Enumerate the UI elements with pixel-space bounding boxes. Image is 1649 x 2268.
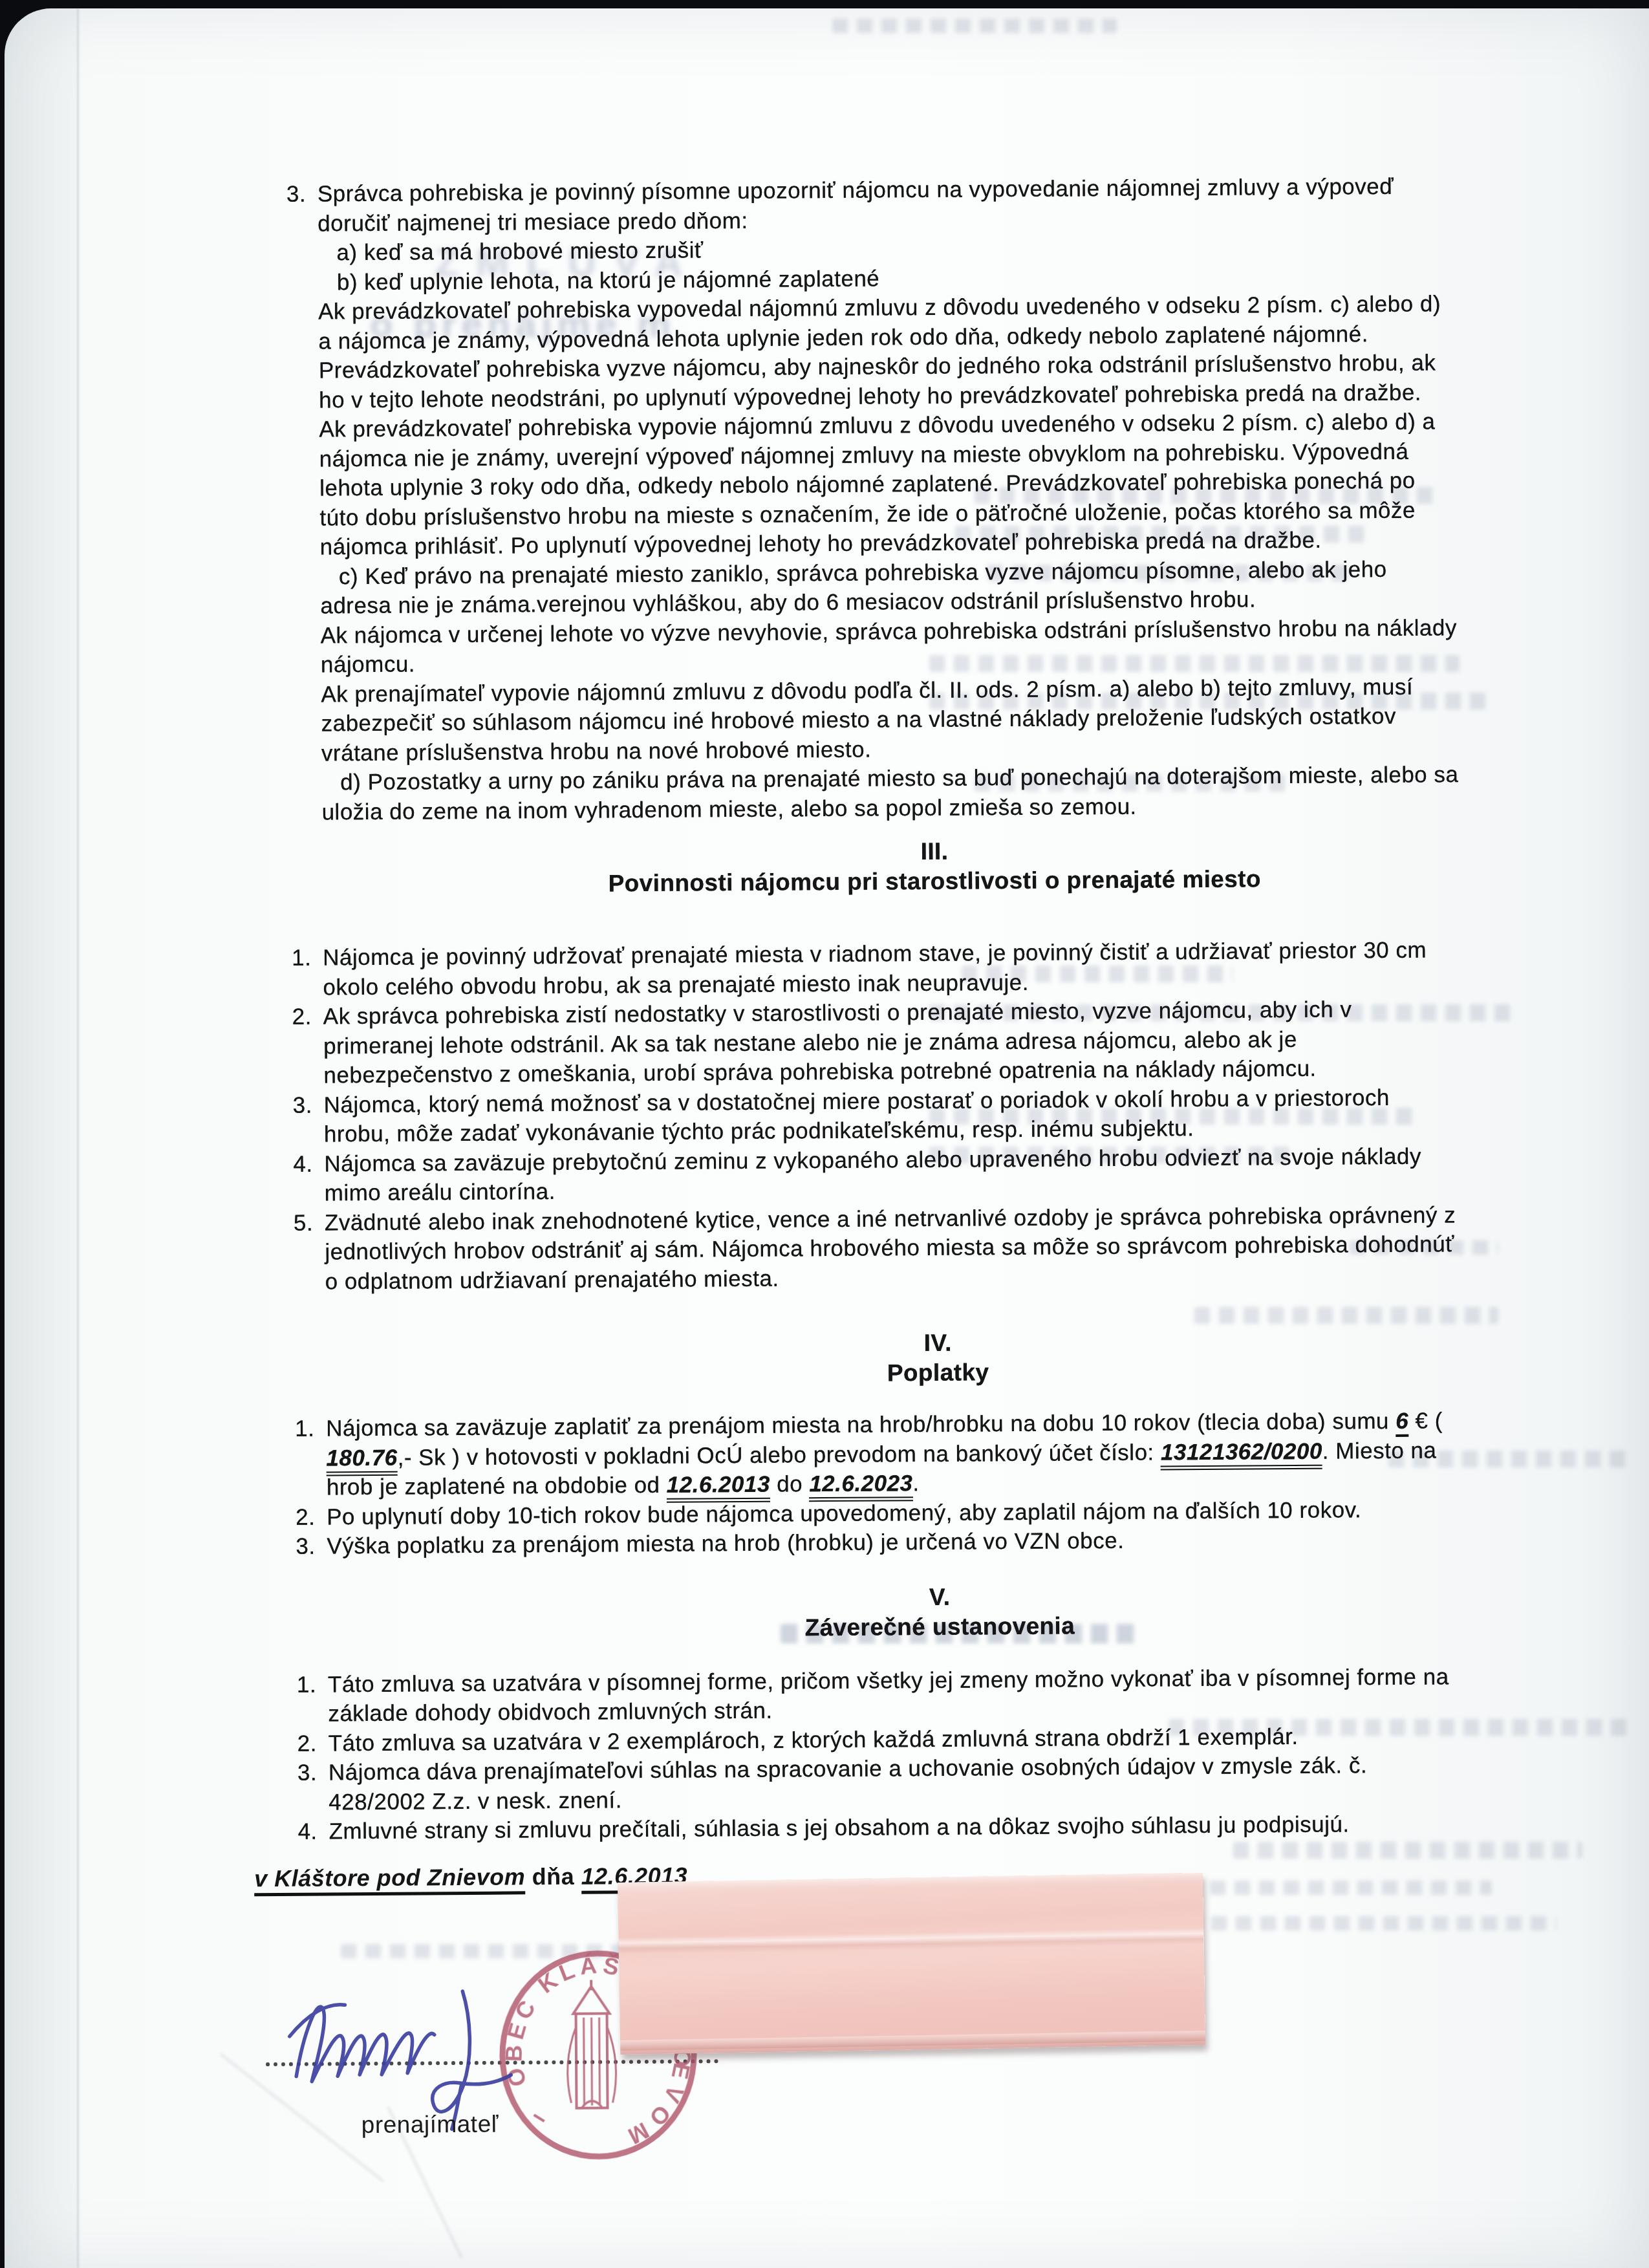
- list-number: 1.: [297, 1670, 317, 1700]
- section-5-heading: V. Záverečné ustanovenia: [296, 1577, 1584, 1646]
- section-3-heading: III. Povinnosti nájomcu pri starostlivos…: [291, 832, 1579, 901]
- section-5-list: 1.Táto zmluva sa uzatvára v písomnej for…: [12, 1661, 1649, 1849]
- text-line-content: vrátane príslušenstva hrobu na nové hrob…: [321, 737, 872, 766]
- list-number: 1.: [292, 944, 312, 973]
- text-line-content: doručiť najmenej tri mesiace predo dňom:: [318, 208, 748, 236]
- text-line-content: mimo areálu cintorína.: [325, 1179, 556, 1205]
- text-line-content: o odplatnom udržiavaní prenajatého miest…: [325, 1266, 779, 1294]
- list-number: 3.: [286, 180, 307, 210]
- section-2-continued: 3.Správca pohrebiska je povinný písomne …: [5, 170, 1649, 829]
- list-number: 1.: [295, 1414, 315, 1444]
- section-4-heading: IV. Poplatky: [294, 1324, 1582, 1392]
- text-line-content: uložia do zeme na inom vyhradenom mieste…: [321, 794, 1136, 825]
- fee-text: € (: [1408, 1408, 1443, 1433]
- text-line-content: nájomcu.: [321, 651, 415, 677]
- text-line-content: Výška poplatku za prenájom miesta na hro…: [327, 1528, 1124, 1559]
- fee-text: do: [770, 1471, 810, 1496]
- list-number: 2.: [292, 1002, 312, 1032]
- list-number: 3.: [297, 1758, 318, 1788]
- list-number: 2.: [297, 1729, 317, 1758]
- text-line-content: Ak správca pohrebiska zistí nedostatky v…: [323, 997, 1352, 1029]
- handwritten-signature: [270, 1931, 555, 2133]
- text-line-content: Nájomca sa zaväzuje prebytočnú zeminu z …: [324, 1143, 1421, 1176]
- text-line-content: adresa nie je známa.verejnou vyhláškou, …: [320, 587, 1256, 618]
- text-line-content: Táto zmluva sa uzatvára v 2 exemplároch,…: [328, 1723, 1298, 1755]
- word-dna: dňa: [525, 1863, 581, 1890]
- list-number: 2.: [296, 1502, 316, 1532]
- text-line-content: zabezpečiť so súhlasom nájomcu iné hrobo…: [321, 704, 1396, 737]
- fee-text: . Miesto na: [1322, 1438, 1437, 1463]
- fee-text: ,- Sk ) v hotovosti v pokladni OcÚ alebo…: [397, 1440, 1161, 1470]
- text-line-content: a nájomca je známy, výpovedná lehota upl…: [318, 321, 1368, 354]
- fee-amount-eur: 6: [1396, 1409, 1408, 1437]
- list-number: 4.: [293, 1149, 313, 1179]
- pink-paper-slip: [618, 1873, 1205, 2055]
- signer-role-label: prenajímateľ: [361, 2111, 499, 2139]
- text-line-content: základe dohody obidvoch zmluvných strán.: [328, 1698, 773, 1727]
- text-line-content: hrobu, môže zadať vykonávanie týchto prá…: [324, 1116, 1194, 1147]
- text-line-content: okolo celého obvodu hrobu, ak sa prenaja…: [323, 969, 1029, 1000]
- text-line-content: túto dobu príslušenstvo hrobu na mieste …: [319, 497, 1416, 530]
- text-line-content: Správca pohrebiska je povinný písomne up…: [318, 174, 1394, 207]
- text-line-content: primeranej lehote odstránil. Ak sa tak n…: [323, 1026, 1297, 1059]
- text-line-content: Zmluvné strany si zmluvu prečítali, súhl…: [329, 1811, 1349, 1844]
- text-line-content: Nájomca dáva prenajímateľovi súhlas na s…: [329, 1753, 1368, 1785]
- list-number: 3.: [293, 1090, 313, 1120]
- page: ZMLUVA o prenájme m 3.Správca pohrebiska…: [5, 8, 1649, 2268]
- text-line-content: a) keď sa má hrobové miesto zrušiť: [336, 237, 703, 265]
- place: v Kláštore pod Znievom: [254, 1863, 525, 1896]
- list-number: 3.: [296, 1532, 316, 1562]
- lease-date-from: 12.6.2013: [667, 1472, 771, 1503]
- list-number: 5.: [294, 1208, 314, 1238]
- bank-account-number: 13121362/0200: [1161, 1438, 1322, 1470]
- text-line-content: Nájomca, ktorý nemá možnosť sa v dostato…: [324, 1085, 1390, 1118]
- lease-date-to: 12.6.2023: [809, 1471, 913, 1502]
- text-line-content: ho v tejto lehote neodstráni, po uplynut…: [319, 380, 1421, 413]
- fee-amount-sk: 180.76: [326, 1445, 397, 1476]
- section-3-list: 1.Nájomca je povinný udržovať prenajaté …: [7, 934, 1649, 1299]
- text-line-content: Nájomca je povinný udržovať prenajaté mi…: [323, 938, 1427, 971]
- fee-text: .: [912, 1471, 920, 1496]
- text-line-content: 428/2002 Z.z. v nesk. znení.: [329, 1787, 622, 1815]
- scanned-contract-page: { "page": { "sections": { "s2": { "lines…: [0, 0, 1649, 2268]
- text-line-content: b) keď uplynie lehota, na ktorú je nájom…: [337, 266, 880, 295]
- text-line-content: Po uplynutí doby 10-tich rokov bude nájo…: [327, 1497, 1361, 1529]
- fee-text: Nájomca sa zaväzuje zaplatiť za prenájom…: [326, 1409, 1396, 1442]
- text-line-content: nájomca prihlásiť. Po uplynutí výpovedne…: [320, 528, 1322, 560]
- section-4-list: 1.Nájomca sa zaväzuje zaplatiť za prenáj…: [10, 1405, 1649, 1563]
- fee-text: hrob je zaplatené na obdobie od: [327, 1473, 667, 1500]
- text-line-content: nebezpečenstvo z omeškania, urobí správa…: [323, 1056, 1317, 1088]
- text-line-content: Ak prenajímateľ vypovie nájomnú zmluvu z…: [321, 674, 1413, 707]
- text-line-content: nájomca nie je známy, uverejní výpoveď n…: [319, 438, 1409, 471]
- text-line-content: lehota uplynie 3 roky odo dňa, odkedy ne…: [319, 468, 1416, 501]
- text-line-content: c) Keď právo na prenajaté miesto zaniklo…: [339, 556, 1387, 589]
- list-number: 4.: [297, 1817, 318, 1847]
- document-content: 3.Správca pohrebiska je povinný písomne …: [5, 8, 1649, 1895]
